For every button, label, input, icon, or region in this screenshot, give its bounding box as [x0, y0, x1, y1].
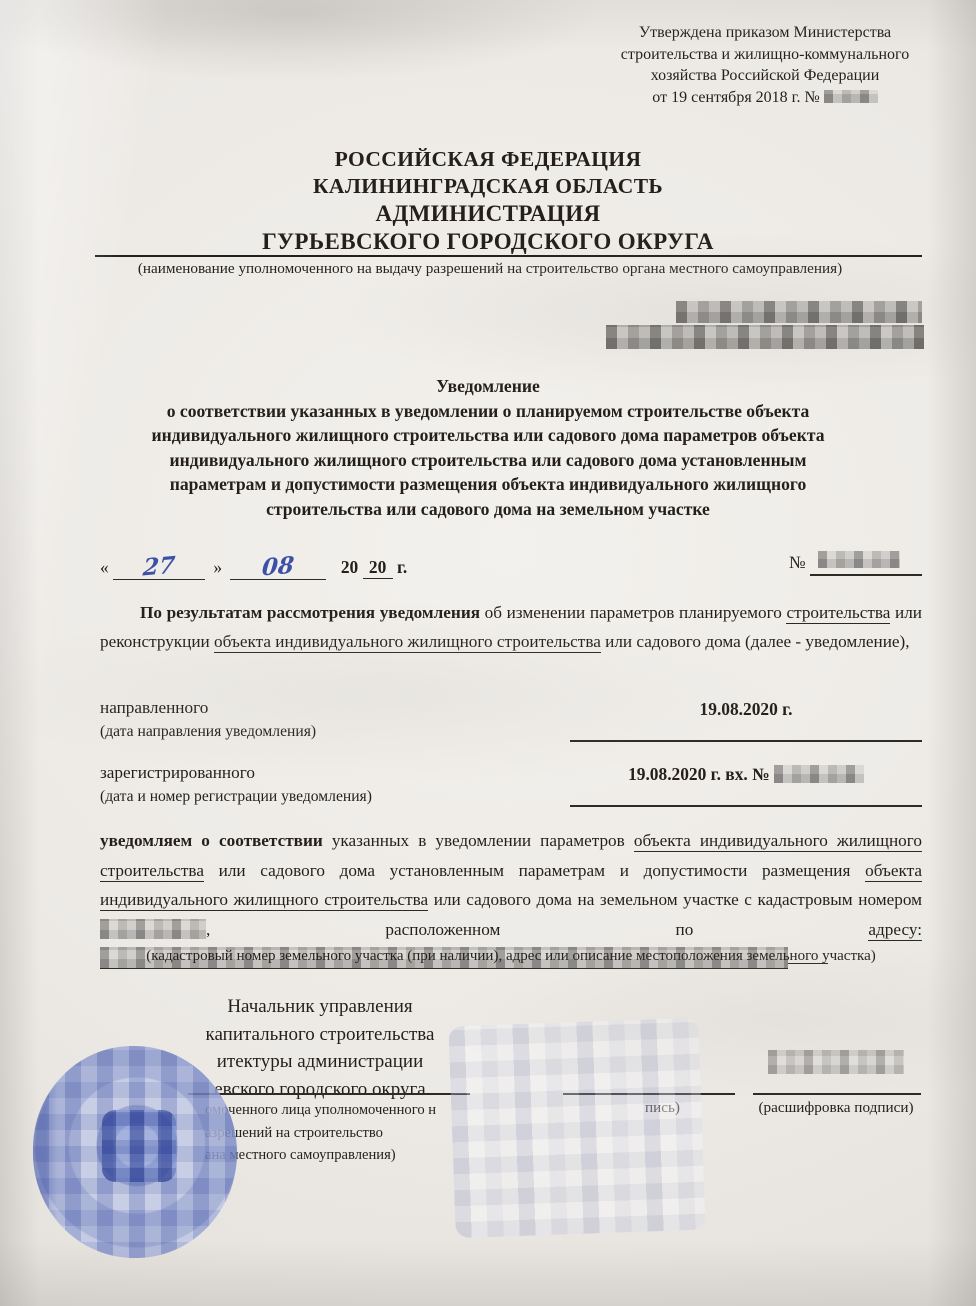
approval-line: строительства и жилищно-коммунального	[600, 44, 930, 66]
redacted-order-number	[824, 90, 878, 103]
approval-line: хозяйства Российской Федерации	[600, 65, 930, 87]
redacted-signer-name	[768, 1050, 904, 1074]
header-country: РОССИЙСКАЯ ФЕДЕРАЦИЯ	[0, 146, 976, 173]
open-quote: «	[100, 557, 109, 577]
day-blank: 27	[113, 552, 205, 580]
header-underline	[95, 255, 922, 257]
redacted-recipient-line-2	[606, 325, 924, 349]
registered-label: зарегистрированного	[100, 763, 255, 783]
registered-caption: (дата и номер регистрации уведомления)	[100, 788, 372, 806]
sent-value-line	[570, 740, 922, 742]
official-title-underline	[188, 1093, 470, 1095]
doc-number-line	[810, 574, 922, 576]
redacted-recipient-line-1	[676, 301, 922, 323]
redacted-cadastral-number	[100, 919, 206, 939]
year-blank: 20	[363, 557, 393, 579]
date-row: « 27 » 08 20 20 г.	[100, 552, 407, 580]
year-suffix: г.	[397, 557, 407, 577]
doc-number-sign: №	[789, 552, 806, 573]
transcript-caption: (расшифровка подписи)	[740, 1099, 932, 1117]
redacted-doc-number	[818, 551, 900, 568]
transcript-line	[753, 1093, 921, 1095]
registered-value-line	[570, 805, 922, 807]
approval-note: Утверждена приказом Министерства строите…	[600, 22, 930, 108]
scanned-document-page: Утверждена приказом Министерства строите…	[0, 0, 976, 1306]
round-stamp-redacted	[33, 1046, 237, 1258]
signature-blur-redacted	[448, 1018, 705, 1239]
sent-label: направленного	[100, 698, 208, 718]
header-okrug: ГУРЬЕВСКОГО ГОРОДСКОГО ОКРУГА	[0, 228, 976, 256]
address-caption: (кадастровый номер земельного участка (п…	[100, 948, 922, 965]
approval-line: от 19 сентября 2018 г. №	[600, 87, 930, 109]
month-blank: 08	[230, 552, 326, 580]
header-region: КАЛИНИНГРАДСКАЯ ОБЛАСТЬ	[0, 173, 976, 200]
handwritten-month: 08	[261, 551, 295, 581]
sent-caption: (дата направления уведомления)	[100, 723, 316, 741]
year-prefix: 20	[341, 557, 358, 577]
approval-line: Утверждена приказом Министерства	[600, 22, 930, 44]
header-administration: АДМИНИСТРАЦИЯ	[0, 200, 976, 228]
registered-value: 19.08.2020 г. вх. №	[570, 764, 922, 785]
document-title: Уведомление о соответствии указанных в у…	[70, 374, 906, 522]
handwritten-day: 27	[142, 551, 176, 581]
sent-date-value: 19.08.2020 г.	[570, 699, 922, 720]
close-quote: »	[213, 557, 222, 577]
document-header: РОССИЙСКАЯ ФЕДЕРАЦИЯ КАЛИНИНГРАДСКАЯ ОБЛ…	[0, 146, 976, 256]
header-caption: (наименование уполномоченного на выдачу …	[60, 260, 920, 278]
redacted-registration-number	[774, 765, 864, 783]
paragraph-result: По результатам рассмотрения уведомления …	[100, 598, 922, 656]
